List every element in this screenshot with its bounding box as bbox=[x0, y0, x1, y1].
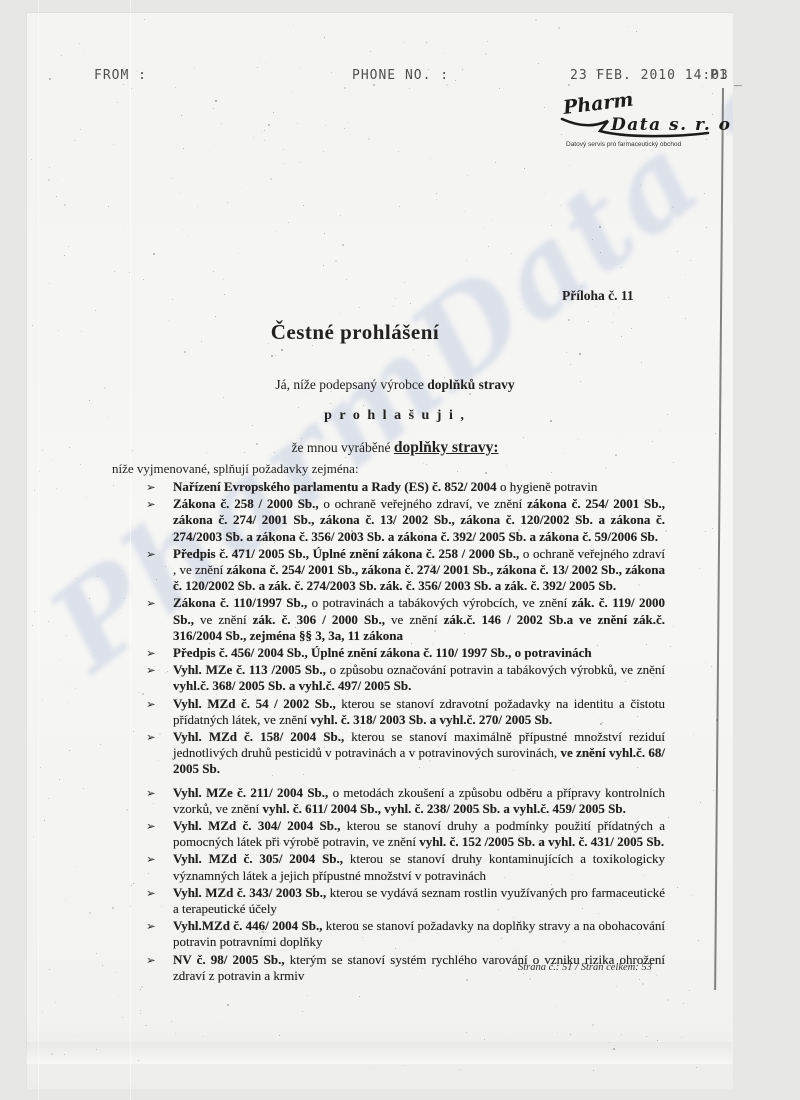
bullet-arrow-icon: ➢ bbox=[146, 952, 173, 984]
list-item: ➢Vyhl. MZd č. 54 / 2002 Sb., kterou se s… bbox=[146, 696, 665, 728]
page-footer: Strana č.: 51 / Stran celkem: 53 bbox=[518, 962, 652, 973]
list-item: ➢Zákona č. 258 / 2000 Sb., o ochraně veř… bbox=[146, 496, 665, 545]
pharmdata-logo: Pharm Data s. r. o. Datový servis pro fa… bbox=[556, 94, 731, 152]
list-item-text: Vyhl.MZd č. 446/ 2004 Sb., kterou se sta… bbox=[173, 918, 665, 950]
list-intro: níže vyjmenované, splňují požadavky zejm… bbox=[112, 461, 359, 477]
list-item: ➢Předpis č. 456/ 2004 Sb., Úplné znění z… bbox=[146, 645, 665, 661]
list-item: ➢Vyhl.MZd č. 446/ 2004 Sb., kterou se st… bbox=[146, 918, 665, 950]
fax-page-indicator: P1 bbox=[710, 68, 728, 83]
list-item-text: Vyhl. MZd č. 343/ 2003 Sb., kterou se vy… bbox=[173, 885, 665, 917]
bullet-arrow-icon: ➢ bbox=[146, 479, 173, 495]
bullet-arrow-icon: ➢ bbox=[146, 595, 173, 644]
list-item-text: Zákona č. 110/1997 Sb., o potravinách a … bbox=[173, 595, 665, 644]
bullet-arrow-icon: ➢ bbox=[146, 785, 173, 817]
bullet-arrow-icon: ➢ bbox=[146, 496, 173, 545]
fax-phone-label: PHONE NO. : bbox=[352, 68, 449, 83]
intro-line-1: Já, níže podepsaný výrobce doplňků strav… bbox=[115, 377, 675, 393]
bullet-arrow-icon: ➢ bbox=[146, 546, 173, 595]
list-item-text: Vyhl. MZd č. 305/ 2004 Sb., kterou se st… bbox=[173, 851, 665, 883]
logo-word-data: Data s. r. o. bbox=[610, 115, 731, 135]
bullet-arrow-icon: ➢ bbox=[146, 851, 173, 883]
document-title: Čestné prohlášení bbox=[112, 320, 598, 345]
list-item: ➢Vyhl. MZe č. 211/ 2004 Sb., o metodách … bbox=[146, 785, 665, 817]
intro-line-2: p r o h l a š u j i , bbox=[115, 408, 675, 424]
fax-header: FROM : PHONE NO. : 23 FEB. 2010 14:03 P1… bbox=[0, 68, 800, 88]
list-item: ➢Vyhl. MZe č. 113 /2005 Sb., o způsobu o… bbox=[146, 662, 665, 694]
fax-cursor-artifact: _ bbox=[734, 72, 743, 87]
list-item-text: Vyhl. MZd č. 158/ 2004 Sb., kterou se st… bbox=[173, 729, 665, 778]
list-item: ➢Zákona č. 110/1997 Sb., o potravinách a… bbox=[146, 595, 665, 644]
list-item: ➢Vyhl. MZd č. 343/ 2003 Sb., kterou se v… bbox=[146, 885, 665, 917]
list-item-text: Nařízení Evropského parlamentu a Rady (E… bbox=[173, 479, 665, 495]
list-item: ➢Nařízení Evropského parlamentu a Rady (… bbox=[146, 479, 665, 495]
list-item-text: Zákona č. 258 / 2000 Sb., o ochraně veře… bbox=[173, 496, 665, 545]
bullet-arrow-icon: ➢ bbox=[146, 729, 173, 778]
bullet-arrow-icon: ➢ bbox=[146, 696, 173, 728]
intro-line-1-prefix: Já, níže podepsaný výrobce bbox=[275, 377, 427, 392]
scanner-feed-line bbox=[38, 0, 39, 1100]
list-item-text: Vyhl. MZe č. 211/ 2004 Sb., o metodách z… bbox=[173, 785, 665, 817]
bullet-arrow-icon: ➢ bbox=[146, 645, 173, 661]
scanner-feed-line bbox=[130, 0, 131, 1100]
list-item-text: Vyhl. MZd č. 54 / 2002 Sb., kterou se st… bbox=[173, 696, 665, 728]
list-item-text: Vyhl. MZd č. 304/ 2004 Sb., kterou se st… bbox=[173, 818, 665, 850]
list-item: ➢Vyhl. MZd č. 158/ 2004 Sb., kterou se s… bbox=[146, 729, 665, 778]
law-list: ➢Nařízení Evropského parlamentu a Rady (… bbox=[146, 479, 665, 985]
fax-timestamp: 23 FEB. 2010 14:03 bbox=[570, 68, 729, 83]
intro-line-3: že mnou vyráběné doplňky stravy: bbox=[115, 439, 675, 457]
list-item-text: Předpis č. 456/ 2004 Sb., Úplné znění zá… bbox=[173, 645, 665, 661]
bullet-arrow-icon: ➢ bbox=[146, 918, 173, 950]
list-item: ➢Vyhl. MZd č. 304/ 2004 Sb., kterou se s… bbox=[146, 818, 665, 850]
list-item-text: Předpis č. 471/ 2005 Sb., Úplné znění zá… bbox=[173, 546, 665, 595]
intro-line-3-bold: doplňky stravy: bbox=[394, 439, 499, 456]
intro-line-1-bold: doplňků stravy bbox=[427, 377, 514, 392]
list-item-text: Vyhl. MZe č. 113 /2005 Sb., o způsobu oz… bbox=[173, 662, 665, 694]
list-item: ➢Vyhl. MZd č. 305/ 2004 Sb., kterou se s… bbox=[146, 851, 665, 883]
fax-from-label: FROM : bbox=[94, 68, 147, 83]
logo-tagline: Datový servis pro farmaceutický obchod bbox=[566, 141, 682, 148]
bullet-arrow-icon: ➢ bbox=[146, 662, 173, 694]
page-bottom-shadow bbox=[26, 1042, 732, 1064]
list-item: ➢Předpis č. 471/ 2005 Sb., Úplné znění z… bbox=[146, 546, 665, 595]
bullet-arrow-icon: ➢ bbox=[146, 885, 173, 917]
annex-label: Příloha č. 11 bbox=[562, 288, 634, 304]
pharmdata-logo-graphic: Pharm Data s. r. o. Datový servis pro fa… bbox=[556, 94, 731, 152]
intro-line-3-prefix: že mnou vyráběné bbox=[292, 440, 394, 455]
bullet-arrow-icon: ➢ bbox=[146, 818, 173, 850]
